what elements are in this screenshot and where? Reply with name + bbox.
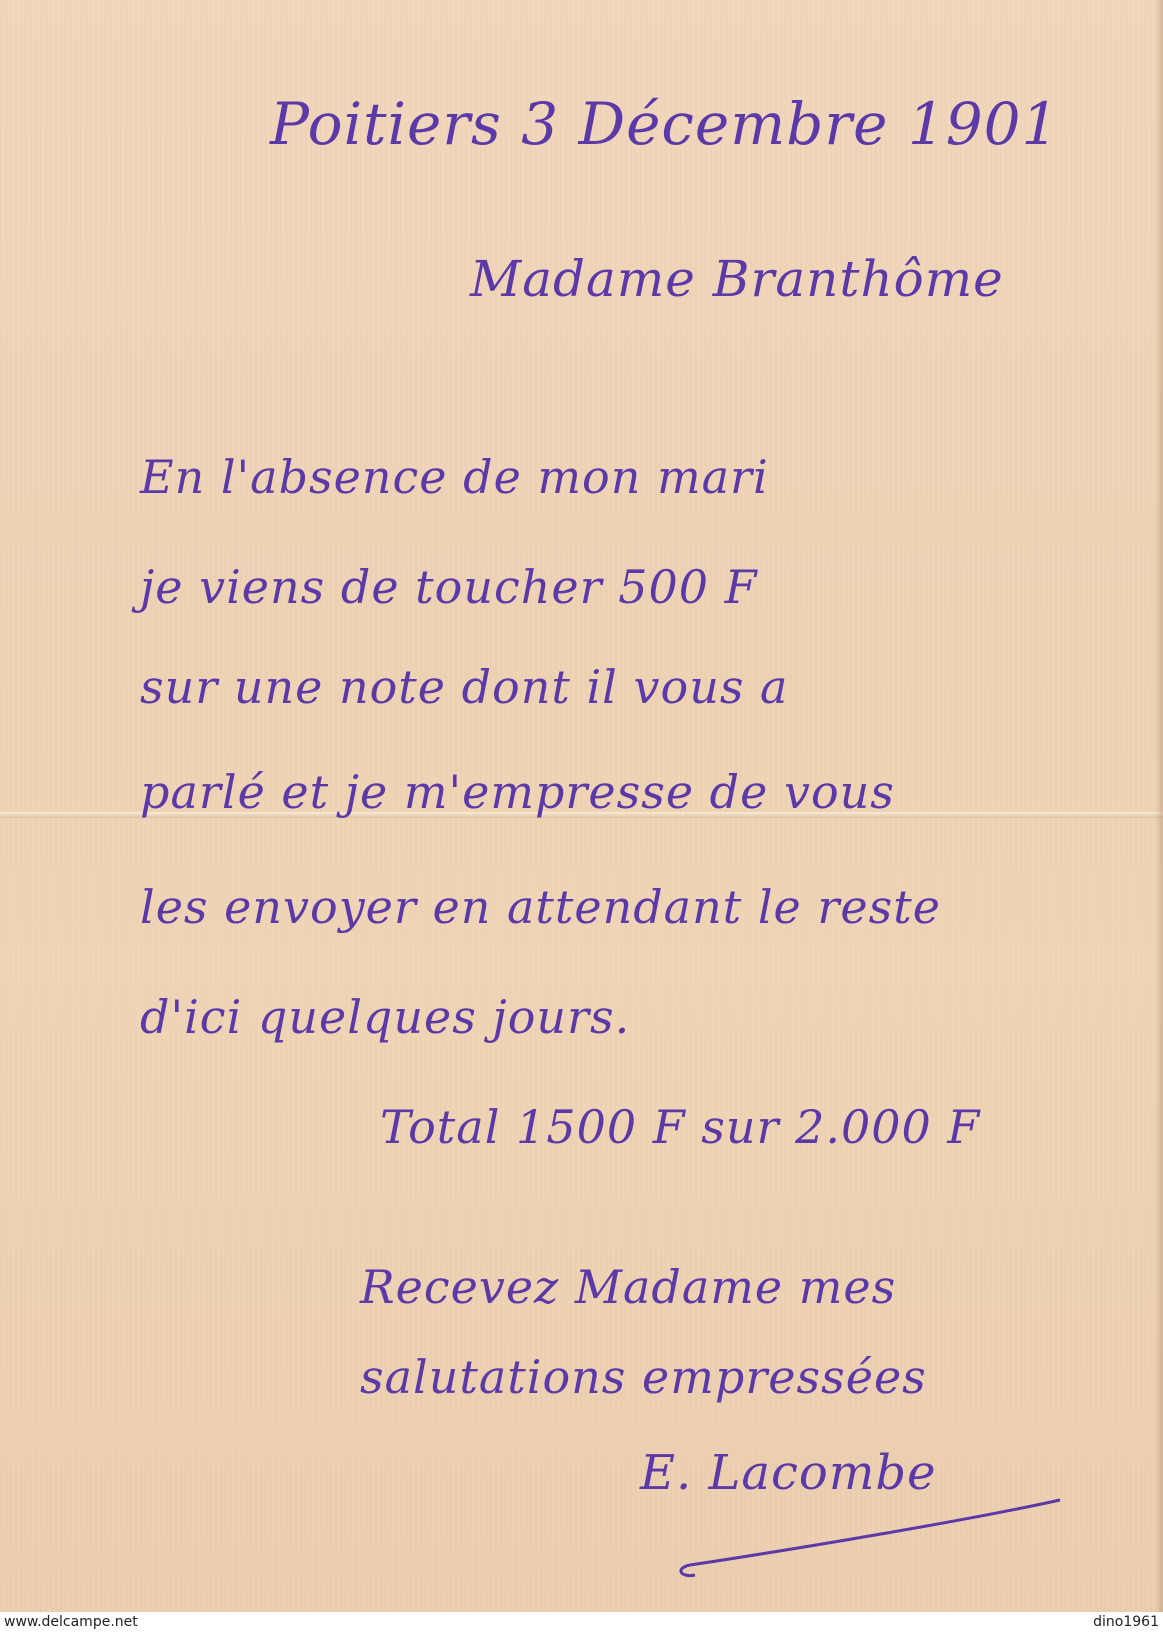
footer-user-text: dino1961 [1093, 1614, 1159, 1630]
letter-salutation: Madame Branthôme [470, 250, 1004, 308]
footer-site-text: www.delcampe.net [4, 1614, 138, 1630]
letter-paper: Poitiers 3 Décembre 1901 Madame Branthôm… [0, 0, 1163, 1612]
letter-body-line: parlé et je m'empresse de vous [140, 765, 895, 819]
letter-closing-line: salutations empressées [360, 1350, 927, 1404]
letter-body-line: sur une note dont il vous a [140, 660, 788, 714]
paper-edge-shadow [1155, 0, 1163, 1612]
signature-flourish-icon [670, 1440, 1120, 1580]
letter-closing-line: Recevez Madame mes [360, 1260, 896, 1314]
letter-total-line: Total 1500 F sur 2.000 F [380, 1100, 980, 1154]
watermark-footer: www.delcampe.net dino1961 [0, 1612, 1163, 1633]
letter-body-line: je viens de toucher 500 F [140, 560, 758, 614]
letter-date-line: Poitiers 3 Décembre 1901 [270, 90, 1059, 158]
letter-body-line: En l'absence de mon mari [140, 450, 769, 504]
letter-body-line: les envoyer en attendant le reste [140, 880, 941, 934]
letter-body-line: d'ici quelques jours. [140, 990, 630, 1044]
